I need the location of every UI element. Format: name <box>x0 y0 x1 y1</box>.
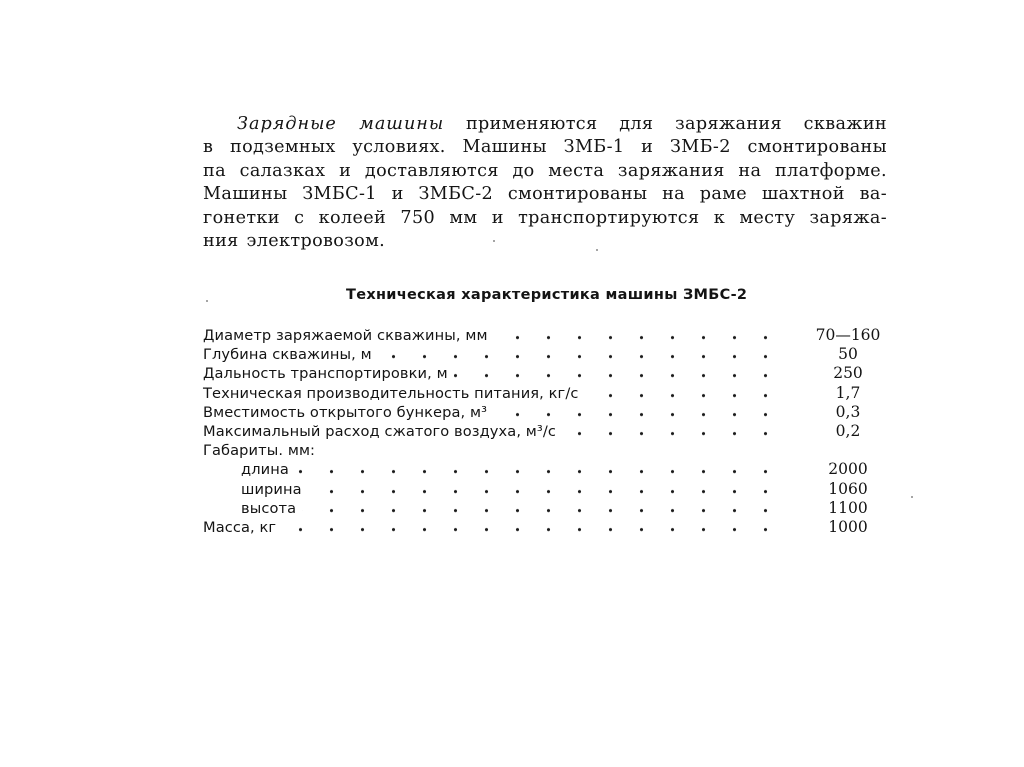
spec-value: 50 <box>803 345 893 364</box>
spec-row: Дальность транспортировки, м250 <box>203 364 893 383</box>
dot-leader <box>203 518 781 537</box>
spec-value: 250 <box>803 364 893 383</box>
spec-row: Техническая производительность питания, … <box>203 384 893 403</box>
scan-speck <box>206 300 208 302</box>
italic-term: Зарядные машины <box>237 114 444 134</box>
spec-value: 70—160 <box>803 326 893 345</box>
spec-row: Вместимость открытого бункера, м³0,3 <box>203 403 893 422</box>
spec-row: Глубина скважины, м50 <box>203 345 893 364</box>
spec-value: 0,2 <box>803 422 893 441</box>
spec-row: ширина1060 <box>203 480 893 499</box>
spec-value: 1000 <box>803 518 893 537</box>
spec-name: Масса, кг <box>203 518 282 537</box>
spec-value: 1,7 <box>803 384 893 403</box>
spec-row: Максимальный расход сжатого воздуха, м³/… <box>203 422 893 441</box>
spec-row: Габариты. мм: <box>203 441 893 460</box>
spec-name: Дальность транспортировки, м <box>203 364 454 383</box>
spec-value: 1060 <box>803 480 893 499</box>
spec-table: Диаметр заряжаемой скважины, мм70—160Глу… <box>203 326 893 537</box>
spec-row: Диаметр заряжаемой скважины, мм70—160 <box>203 326 893 345</box>
spec-name: длина <box>203 460 295 479</box>
spec-name: Диаметр заряжаемой скважины, мм <box>203 326 494 345</box>
spec-row: длина2000 <box>203 460 893 479</box>
scan-speck <box>911 496 913 498</box>
spec-name: Техническая производительность питания, … <box>203 384 584 403</box>
paragraph-line: ния электровозом. <box>203 230 887 253</box>
spec-row: Масса, кг1000 <box>203 518 893 537</box>
intro-paragraph: Зарядные машины применяются для заряжани… <box>203 113 887 253</box>
spec-name: Глубина скважины, м <box>203 345 378 364</box>
spec-name: Вместимость открытого бункера, м³ <box>203 403 493 422</box>
spec-value: 2000 <box>803 460 893 479</box>
spec-name: Максимальный расход сжатого воздуха, м³/… <box>203 422 562 441</box>
spec-row: высота1100 <box>203 499 893 518</box>
spec-name: ширина <box>203 480 308 499</box>
paragraph-line: гонетки с колеей 750 мм и транспортируют… <box>203 207 887 230</box>
paragraph-line: в подземных условиях. Машины ЗМБ-1 и ЗМБ… <box>203 136 887 159</box>
scan-speck <box>596 249 598 251</box>
paragraph-line: Зарядные машины применяются для заряжани… <box>203 113 887 136</box>
spec-value: 0,3 <box>803 403 893 422</box>
spec-name: Габариты. мм: <box>203 441 321 460</box>
paragraph-line: па салазках и доставляются до места заря… <box>203 160 887 183</box>
paragraph-line: Машины ЗМБС-1 и ЗМБС-2 смонтированы на р… <box>203 183 887 206</box>
table-title: Техническая характеристика машины ЗМБС-2 <box>346 287 747 303</box>
scan-speck <box>493 240 495 242</box>
spec-value: 1100 <box>803 499 893 518</box>
spec-name: высота <box>203 499 302 518</box>
